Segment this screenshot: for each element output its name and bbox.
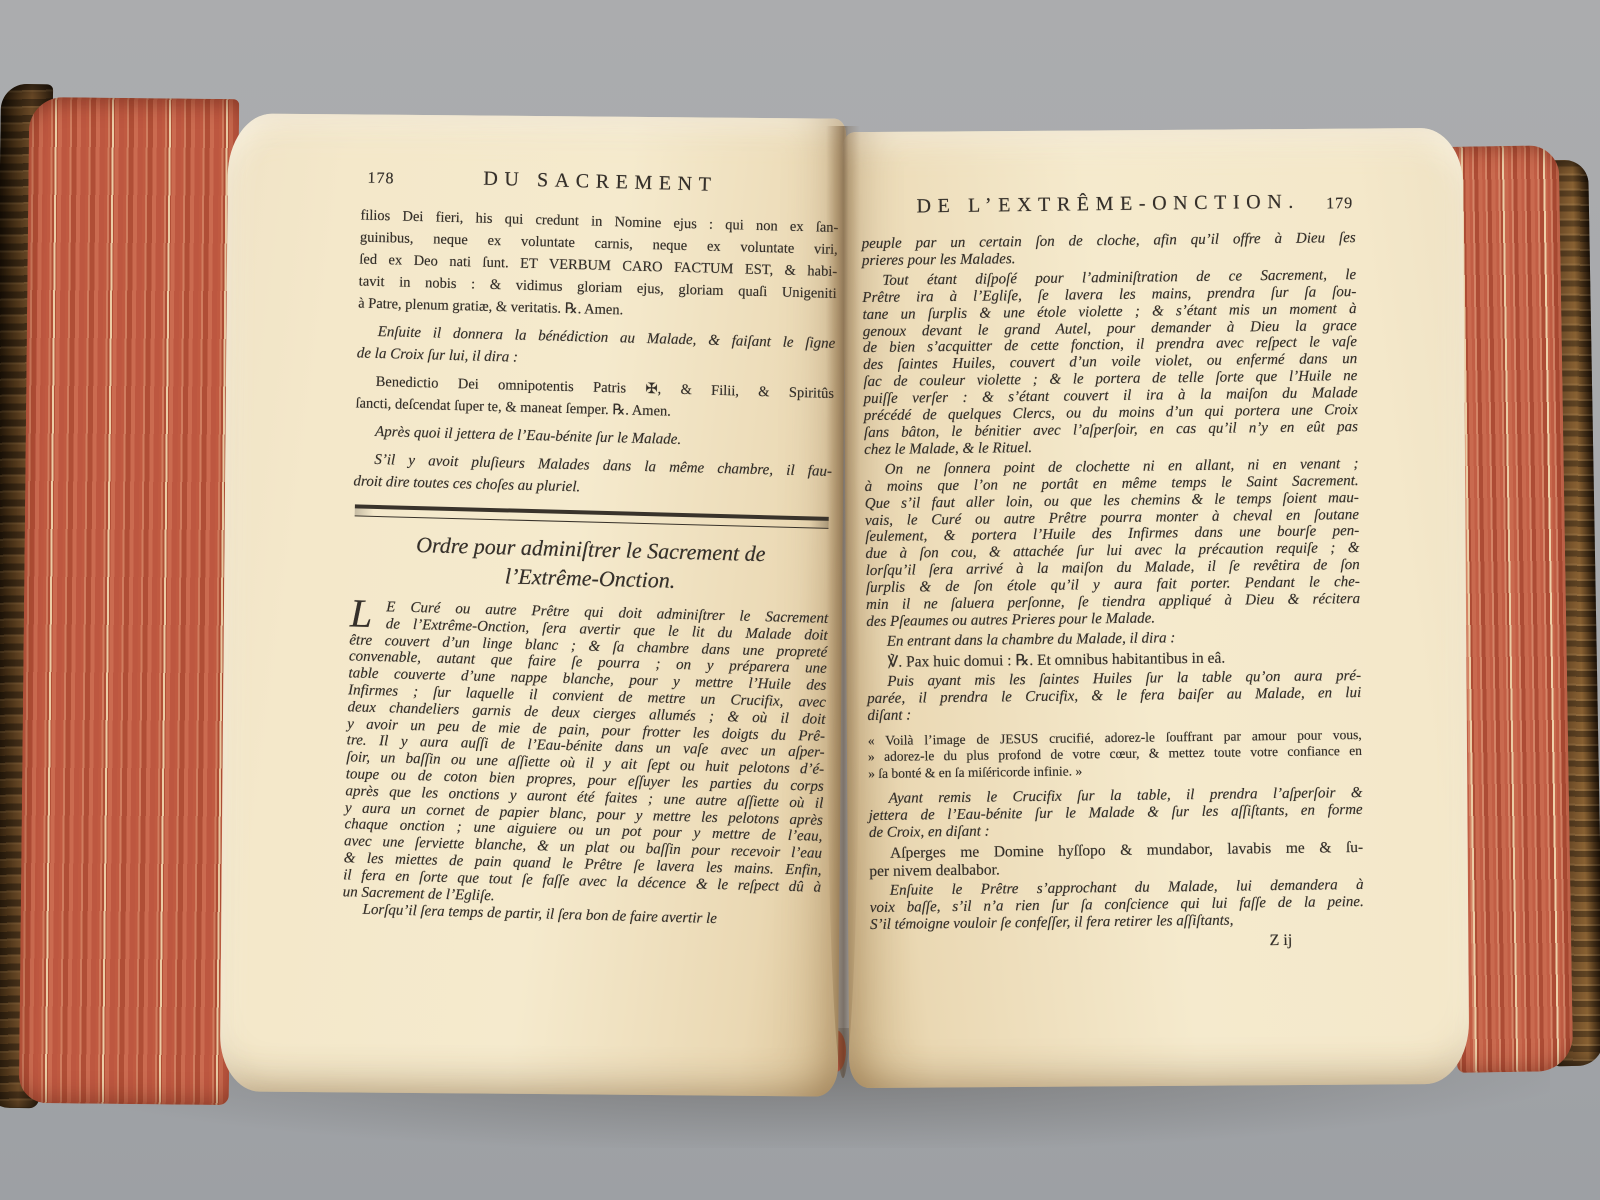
page-179: DE L’EXTRÊME-ONCTION. 179 peuple par un … [843,128,1470,1088]
page-179-text: DE L’EXTRÊME-ONCTION. 179 peuple par un … [861,190,1364,955]
paragraph-benedictio: Benedictio Dei omnipotentis Patris ✠, & … [355,370,834,426]
paragraph-puis-ayant: Puis ayant mis les ſaintes Huiles ſur la… [867,668,1362,725]
drop-cap-L: L [350,595,373,632]
paragraph-quote-jesus: « Voilà l’image de JESUS crucifié, adore… [868,727,1363,783]
signature-mark: Z ij [870,931,1364,955]
page-178: 178 DU SACREMENT filios Dei fieri, his q… [220,113,847,1096]
paragraph-rubric-benediction: Enſuite il donnera la bénédiction au Mal… [357,320,836,376]
page-178-text: 178 DU SACREMENT filios Dei fieri, his q… [342,164,840,936]
running-title-right: DE L’EXTRÊME-ONCTION. [861,190,1355,219]
paragraph-latin-continuation: filios Dei fieri, his qui credunt in Nom… [358,204,839,326]
photo-background: 178 DU SACREMENT filios Dei fieri, his q… [0,0,1600,1200]
section-rule [355,504,829,528]
section-heading: Ordre pour adminiſtrer le Sacrement del’… [351,528,830,598]
running-title-left: DU SACREMENT [361,164,839,200]
paragraph-ordre-main: L E Curé ou autre Prêtre qui doit admini… [343,598,829,913]
page-edges-left [19,97,240,1105]
text-line: En entrant dans la chambre du Malade, il… [866,628,1360,651]
paragraph-pax-huic: ℣. Pax huic domui : ℞. Et omnibus habita… [867,648,1361,672]
page-header-right: DE L’EXTRÊME-ONCTION. 179 [861,190,1355,230]
paragraph-ordre-lines: E Curé ou autre Prêtre qui doit adminiſt… [343,598,829,913]
text-line: ℣. Pax huic domui : ℞. Et omnibus habita… [867,648,1361,672]
paragraph-ayant-remis: Ayant remis le Crucifix ſur la table, il… [868,785,1363,842]
paragraph-en-entrant: En entrant dans la chambre du Malade, il… [866,628,1360,651]
paragraph-asperges: Aſperges me Domine hyſſopo & mundabor, l… [869,839,1363,880]
page-header-left: 178 DU SACREMENT [361,164,840,211]
book-gutter [826,126,860,1078]
paragraph-tout-etant: Tout étant diſpoſé pour l’adminiſtration… [862,267,1358,459]
page-number-178: 178 [367,170,394,189]
paragraph-peuple: peuple par un certain ſon de cloche, afi… [862,230,1356,270]
paragraph-clochette: On ne ſonnera point de clochette ni en a… [864,456,1360,631]
paragraph-ensuite-pretre: Enſuite le Prêtre s’approchant du Malade… [870,877,1365,934]
paragraph-plusieurs-malades: S’il y avoit pluſieurs Malades dans la m… [353,448,832,504]
page-number-179: 179 [1326,195,1353,213]
